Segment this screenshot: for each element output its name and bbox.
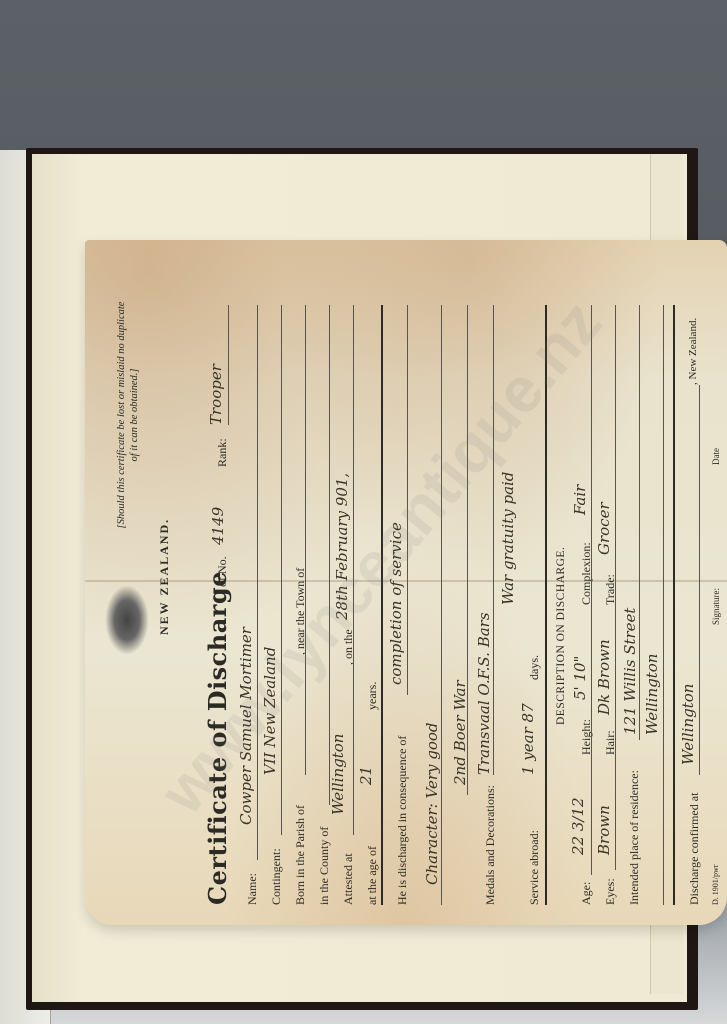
attested-value: Wellington bbox=[329, 734, 347, 815]
character-value: Character: Very good bbox=[423, 722, 441, 885]
nz-label: , New Zealand. bbox=[687, 318, 699, 385]
printer-mark: D. 1901/pwr bbox=[711, 865, 720, 905]
date-label: Date bbox=[711, 448, 721, 465]
service-value: 1 year 87 bbox=[519, 703, 537, 775]
service-label: Service abroad: bbox=[527, 830, 542, 905]
attested-label: Attested at bbox=[341, 853, 356, 905]
coat-of-arms-icon bbox=[105, 585, 149, 655]
eyes-value: Brown bbox=[595, 805, 613, 855]
days-label: days. bbox=[527, 655, 542, 680]
country-header: NEW ZEALAND. bbox=[157, 518, 172, 635]
loss-notice: [Should this certificate be lost or misl… bbox=[115, 300, 141, 530]
trade-value: Grocer bbox=[595, 502, 613, 555]
number-value: 4149 bbox=[209, 507, 227, 545]
residence-value: 121 Willis Street Wellington bbox=[619, 575, 663, 735]
medals-line-3: War gratuity paid bbox=[499, 472, 517, 605]
county-label: in the County of bbox=[317, 827, 332, 905]
desc-age-value: 22 3/12 bbox=[569, 797, 587, 855]
name-label: Name: bbox=[245, 873, 260, 905]
medals-label: Medals and Decorations: bbox=[483, 785, 498, 905]
born-parish-label: Born in the Parish of bbox=[293, 805, 308, 905]
residence-label: Intended place of residence: bbox=[627, 770, 642, 905]
confirmed-value: Wellington bbox=[679, 684, 697, 765]
medals-line-2: Transvaal O.F.S. Bars bbox=[475, 612, 493, 775]
signature-label: Signature: bbox=[711, 588, 721, 625]
discharged-label: He is discharged in consequence of bbox=[395, 736, 410, 905]
age-value: 21 bbox=[357, 766, 375, 785]
desc-age-label: Age: bbox=[579, 882, 594, 905]
eyes-label: Eyes: bbox=[603, 878, 618, 905]
years-label: years. bbox=[365, 682, 380, 710]
height-value: 5' 10" bbox=[571, 656, 589, 700]
complexion-value: Fair bbox=[571, 485, 589, 515]
hair-value: Dk Brown bbox=[595, 639, 613, 715]
contingent-label: Contingent: bbox=[269, 848, 284, 905]
number-label: of No. bbox=[215, 556, 230, 587]
discharge-certificate: NEW ZEALAND. [Should this certificate be… bbox=[85, 240, 727, 925]
confirmed-label: Discharge confirmed at bbox=[687, 793, 702, 905]
rank-label: Rank: bbox=[215, 438, 230, 467]
description-heading: DESCRIPTION ON DISCHARGE. bbox=[555, 547, 567, 725]
age-label: at the age of bbox=[365, 846, 380, 905]
rank-value: Trooper bbox=[207, 364, 225, 425]
